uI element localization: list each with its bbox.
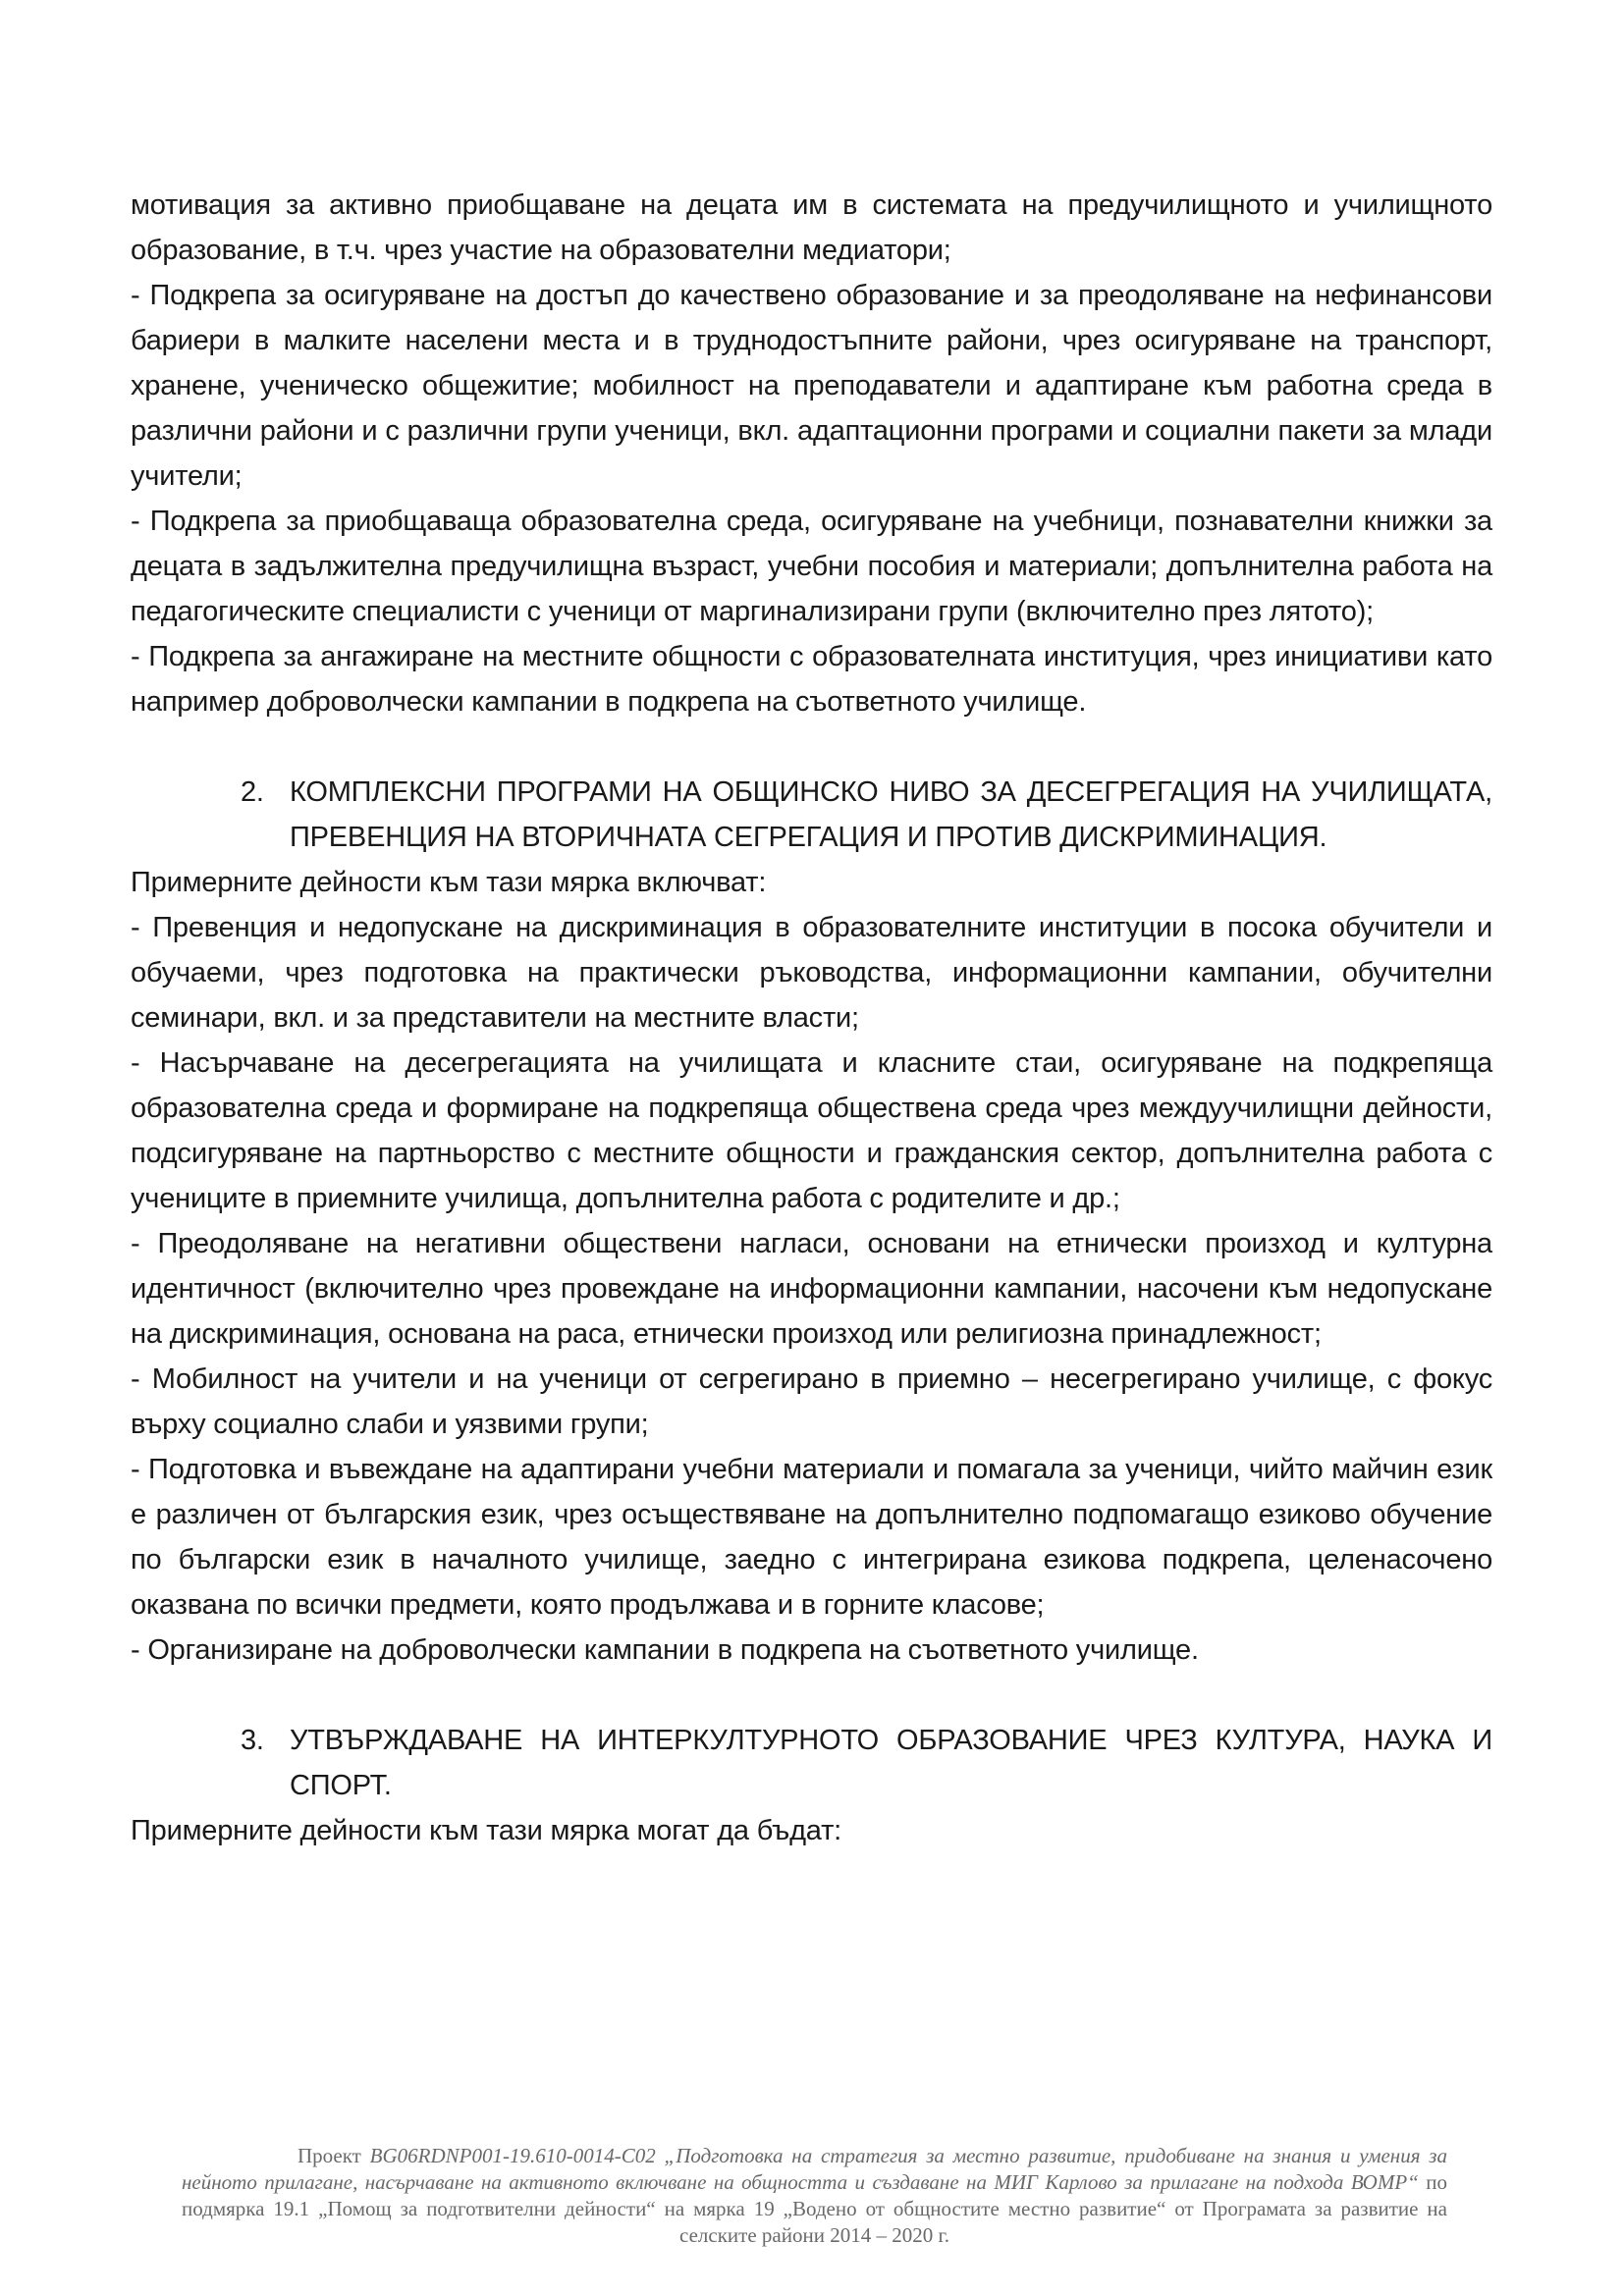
lead-paragraph: мотивация за активно приобщаване на деца… (131, 183, 1492, 273)
bullet-paragraph: - Организиране на доброволчески кампании… (131, 1628, 1492, 1673)
section-2-title: КОМПЛЕКСНИ ПРОГРАМИ НА ОБЩИНСКО НИВО ЗА … (290, 770, 1492, 860)
document-page: мотивация за активно приобщаване на деца… (0, 0, 1624, 2296)
bullet-paragraph: - Мобилност на учители и на ученици от с… (131, 1357, 1492, 1447)
bullet-paragraph: - Подготовка и въвеждане на адаптирани у… (131, 1447, 1492, 1628)
section-3-title: УТВЪРЖДАВАНЕ НА ИНТЕРКУЛТУРНОТО ОБРАЗОВА… (290, 1718, 1492, 1808)
document-content: мотивация за активно приобщаване на деца… (131, 183, 1492, 1853)
bullet-paragraph: - Насърчаване на десегрегацията на учили… (131, 1041, 1492, 1221)
bullet-paragraph: - Подкрепа за ангажиране на местните общ… (131, 634, 1492, 724)
section-3-heading: 3. УТВЪРЖДАВАНЕ НА ИНТЕРКУЛТУРНОТО ОБРАЗ… (131, 1718, 1492, 1808)
bullet-paragraph: - Подкрепа за осигуряване на достъп до к… (131, 273, 1492, 499)
bullet-paragraph: - Превенция и недопускане на дискриминац… (131, 905, 1492, 1041)
section-3-intro: Примерните дейности към тази мярка могат… (131, 1808, 1492, 1853)
bullet-paragraph: - Преодоляване на негативни обществени н… (131, 1221, 1492, 1357)
section-2-heading: 2. КОМПЛЕКСНИ ПРОГРАМИ НА ОБЩИНСКО НИВО … (131, 770, 1492, 860)
footer-project-name: BG06RDNP001-19.610-0014-C02 „Подготовка … (182, 2144, 1447, 2194)
section-3-number: 3. (241, 1718, 290, 1808)
bullet-paragraph: - Подкрепа за приобщаваща образователна … (131, 499, 1492, 634)
footer-text-start: Проект (298, 2144, 370, 2167)
section-2-intro: Примерните дейности към тази мярка включ… (131, 860, 1492, 905)
page-footer: Проект BG06RDNP001-19.610-0014-C02 „Подг… (182, 2143, 1447, 2249)
section-2-number: 2. (241, 770, 290, 860)
